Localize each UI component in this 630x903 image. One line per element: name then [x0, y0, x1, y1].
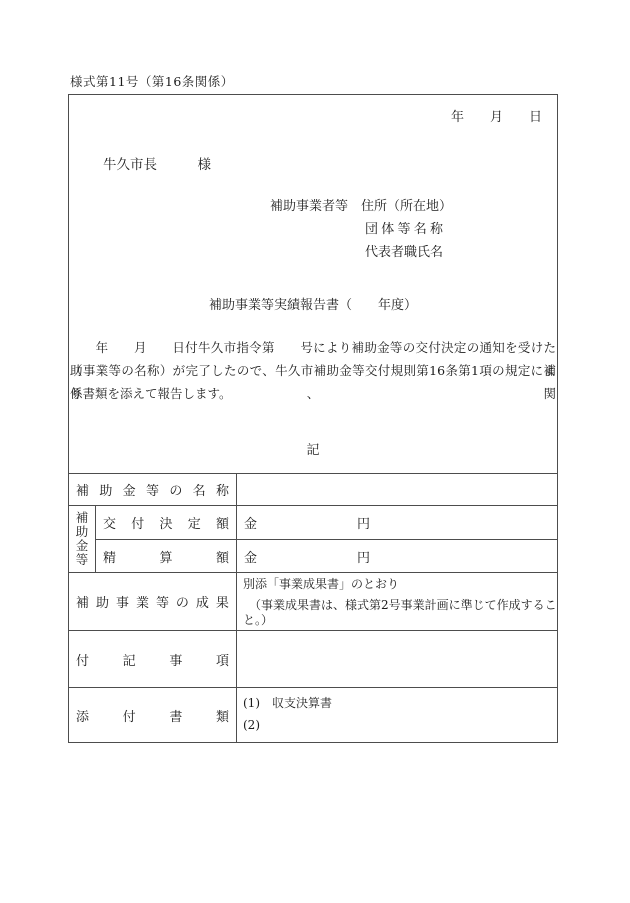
subsidy-name-value-cell	[236, 474, 557, 505]
attachments-value-line-2: (2)	[243, 714, 552, 736]
attachments-label-cell: 添付書類	[69, 687, 236, 742]
grant-decision-yen-prefix: 金	[244, 513, 257, 532]
applicant-address-line: 補助事業者等 住所（所在地）	[270, 198, 452, 221]
subsidy-name-label: 補助金等の名称	[76, 480, 229, 499]
applicant-org-name-line: 団体等名称	[365, 221, 443, 244]
date-line: 年 月 日	[68, 106, 558, 125]
applicant-representative-line: 代表者職氏名	[365, 244, 452, 267]
document-page: 様式第11号（第16条関係） 年 月 日 牛久市長 様 補助事業者等 住所（所在…	[0, 0, 630, 903]
attachments-value-cell: (1) 収支決算書 (2)	[236, 687, 557, 742]
grant-decision-value-cell: 金 円	[236, 505, 557, 539]
body-line-2: 助事業等の名称）が完了したので、牛久市補助金等交付規則第16条第1項の規定により…	[70, 359, 556, 382]
results-value-line-2: （事業成果書は、様式第2号事業計画に準じて作成するこ	[243, 598, 552, 613]
results-value-line-3: と。）	[243, 613, 552, 628]
grant-decision-label-cell: 交付決定額	[95, 505, 236, 539]
body-paragraph: 年 月 日付牛久市指令第 号により補助金等の交付決定の通知を受けた（補 助事業等…	[70, 336, 556, 405]
settlement-value-cell: 金 円	[236, 539, 557, 572]
addressee-line: 牛久市長 様	[103, 153, 211, 173]
document-border-box	[68, 94, 558, 473]
results-value-cell: 別添「事業成果書」のとおり （事業成果書は、様式第2号事業計画に準じて作成するこ…	[236, 572, 557, 630]
ki-marker: 記	[68, 439, 558, 458]
settlement-label-cell: 精算額	[95, 539, 236, 572]
notes-value-cell	[236, 630, 557, 687]
results-label-cell: 補助事業等の成果	[69, 572, 236, 630]
summary-table: 補助金等の名称 補助金等 交付決定額 金 円 精算額 金 円 補助事業等の成果 …	[68, 473, 558, 743]
grant-decision-yen-suffix: 円	[357, 513, 370, 532]
settlement-yen-prefix: 金	[244, 547, 257, 566]
body-line-1: 年 月 日付牛久市指令第 号により補助金等の交付決定の通知を受けた（補	[70, 336, 556, 359]
grant-decision-label: 交付決定額	[103, 513, 229, 532]
settlement-label: 精算額	[103, 547, 229, 566]
applicant-block: 補助事業者等 住所（所在地） 団体等名称 代表者職氏名	[270, 198, 452, 267]
notes-label-cell: 付記事項	[69, 630, 236, 687]
settlement-yen-suffix: 円	[357, 547, 370, 566]
results-label: 補助事業等の成果	[76, 592, 229, 611]
form-number-label: 様式第11号（第16条関係）	[70, 75, 234, 89]
attachments-value-line-1: (1) 収支決算書	[243, 692, 552, 714]
subsidy-group-label: 補助金等	[69, 505, 95, 572]
report-title: 補助事業等実績報告書（ 年度）	[68, 294, 558, 313]
subsidy-name-label-cell: 補助金等の名称	[69, 474, 236, 505]
results-value-line-1: 別添「事業成果書」のとおり	[243, 576, 552, 593]
attachments-label: 添付書類	[76, 706, 229, 725]
notes-label: 付記事項	[76, 650, 229, 669]
